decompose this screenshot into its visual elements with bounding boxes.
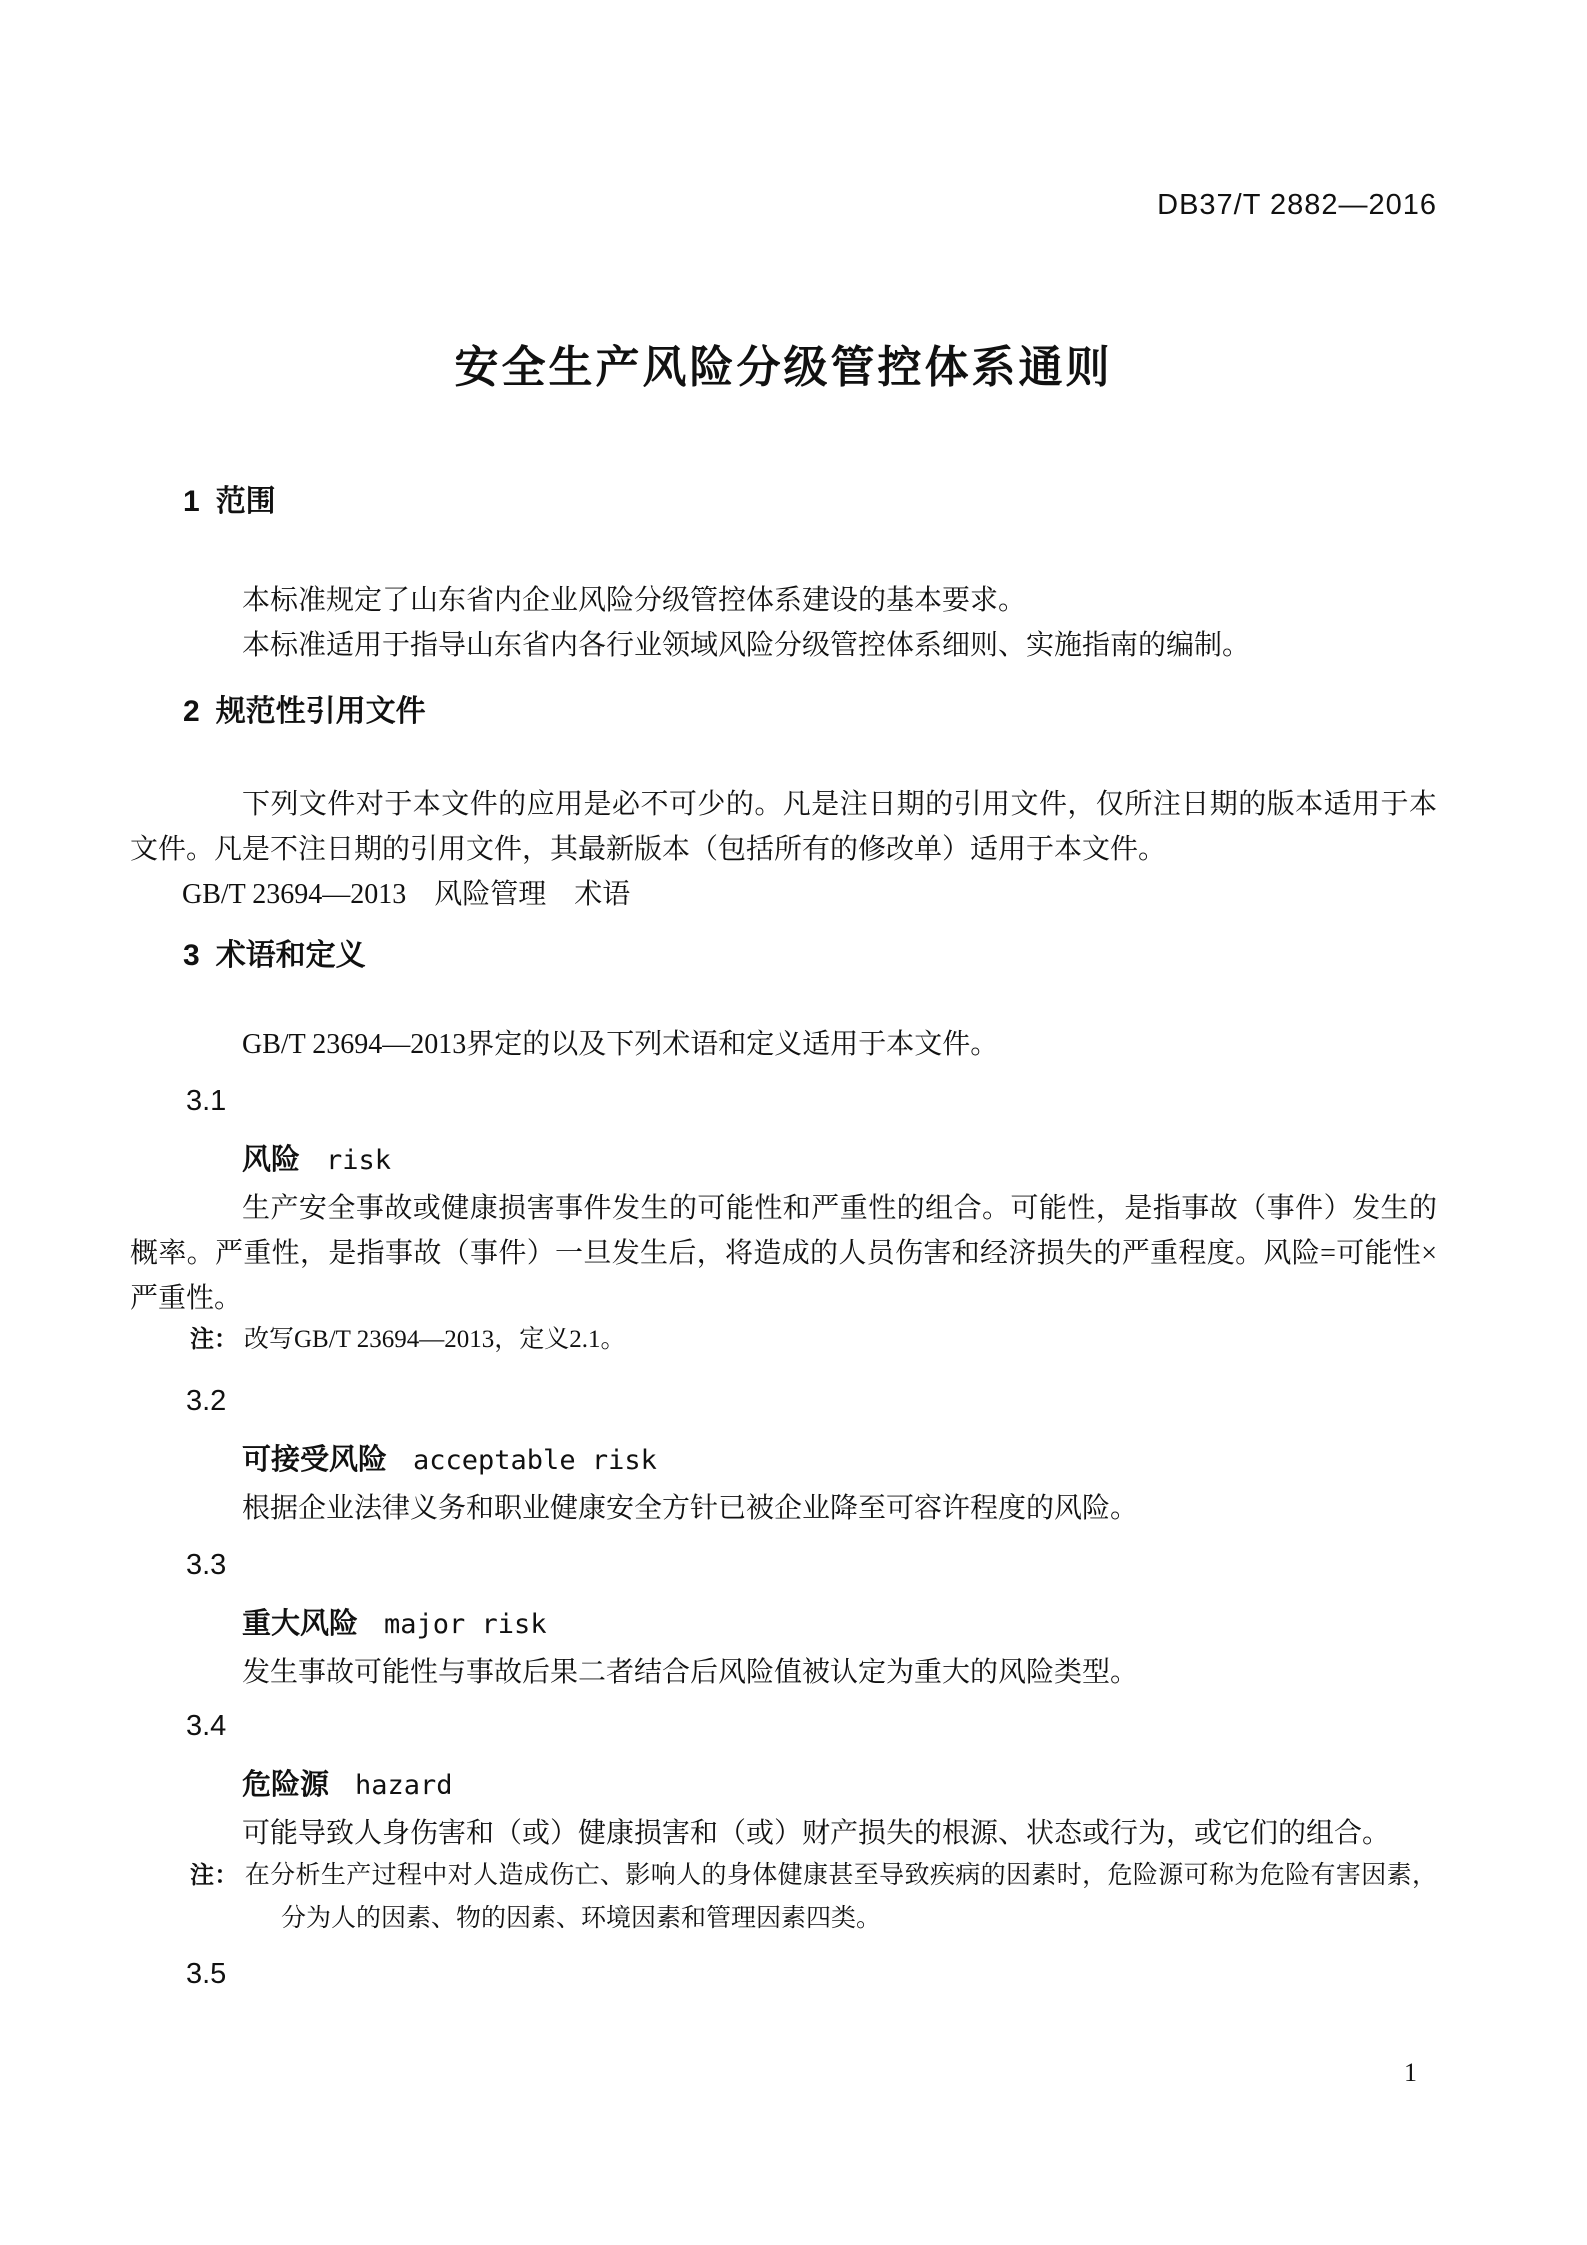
term-3-1-en: risk xyxy=(326,1145,391,1176)
page-number: 1 xyxy=(1404,2058,1417,2088)
term-3-1-definition: 生产安全事故或健康损害事件发生的可能性和严重性的组合。可能性，是指事故（事件）发… xyxy=(130,1186,1437,1321)
term-3-4-number: 3.4 xyxy=(130,1707,1437,1745)
section-3-label: 术语和定义 xyxy=(216,939,366,972)
term-3-3-number: 3.3 xyxy=(130,1546,1437,1584)
term-3-4-definition: 可能导致人身伤害和（或）健康损害和（或）财产损失的根源、状态或行为，或它们的组合… xyxy=(130,1811,1437,1856)
normative-reference: GB/T 23694—2013 风险管理 术语 xyxy=(130,872,1437,917)
term-3-2-en: acceptable risk xyxy=(413,1445,657,1476)
section-3-number: 3 xyxy=(183,939,200,972)
section-1-heading: 1范围 xyxy=(130,483,1437,521)
section-3-paragraph-1: GB/T 23694—2013界定的以及下列术语和定义适用于本文件。 xyxy=(130,1022,1437,1067)
section-2-paragraph-1: 下列文件对于本文件的应用是必不可少的。凡是注日期的引用文件，仅所注日期的版本适用… xyxy=(130,782,1437,872)
section-2-heading: 2规范性引用文件 xyxy=(130,693,1437,731)
section-3-heading: 3术语和定义 xyxy=(130,937,1437,975)
section-1-number: 1 xyxy=(183,485,200,518)
term-3-4-zh: 危险源 xyxy=(242,1769,329,1801)
term-3-2-number: 3.2 xyxy=(130,1382,1437,1420)
section-2-number: 2 xyxy=(183,695,200,728)
term-3-3-heading: 重大风险major risk xyxy=(130,1605,1437,1648)
term-3-1-note-text: 改写GB/T 23694—2013，定义2.1。 xyxy=(244,1326,626,1353)
section-1-label: 范围 xyxy=(216,485,276,518)
term-3-5-number: 3.5 xyxy=(130,1955,1437,1993)
term-3-3-zh: 重大风险 xyxy=(242,1608,358,1640)
document-code: DB37/T 2882—2016 xyxy=(130,188,1437,222)
term-3-3-en: major risk xyxy=(384,1609,547,1640)
term-3-2-zh: 可接受风险 xyxy=(242,1444,387,1476)
section-1-paragraph-2: 本标准适用于指导山东省内各行业领域风险分级管控体系细则、实施指南的编制。 xyxy=(130,623,1437,668)
term-3-4-note-text: 在分析生产过程中对人造成伤亡、影响人的身体健康甚至导致疾病的因素时，危险源可称为… xyxy=(245,1862,1437,1932)
term-3-4-heading: 危险源hazard xyxy=(130,1766,1437,1809)
term-3-1-zh: 风险 xyxy=(242,1144,300,1176)
term-3-2-definition: 根据企业法律义务和职业健康安全方针已被企业降至可容许程度的风险。 xyxy=(130,1486,1437,1531)
document-title: 安全生产风险分级管控体系通则 xyxy=(130,342,1437,394)
term-3-1-number: 3.1 xyxy=(130,1082,1437,1120)
document-page: DB37/T 2882—2016 安全生产风险分级管控体系通则 1范围 本标准规… xyxy=(0,0,1587,2245)
section-1-paragraph-1: 本标准规定了山东省内企业风险分级管控体系建设的基本要求。 xyxy=(130,578,1437,623)
term-3-4-note-label: 注： xyxy=(190,1862,239,1889)
term-3-2-heading: 可接受风险acceptable risk xyxy=(130,1441,1437,1484)
term-3-1-heading: 风险risk xyxy=(130,1141,1437,1184)
term-3-4-en: hazard xyxy=(355,1770,453,1801)
term-3-1-note-label: 注： xyxy=(190,1326,238,1353)
term-3-4-note: 注：在分析生产过程中对人造成伤亡、影响人的身体健康甚至导致疾病的因素时，危险源可… xyxy=(130,1854,1437,1940)
term-3-1-note: 注：改写GB/T 23694—2013，定义2.1。 xyxy=(130,1318,1437,1361)
section-2-label: 规范性引用文件 xyxy=(216,695,426,728)
term-3-3-definition: 发生事故可能性与事故后果二者结合后风险值被认定为重大的风险类型。 xyxy=(130,1650,1437,1695)
